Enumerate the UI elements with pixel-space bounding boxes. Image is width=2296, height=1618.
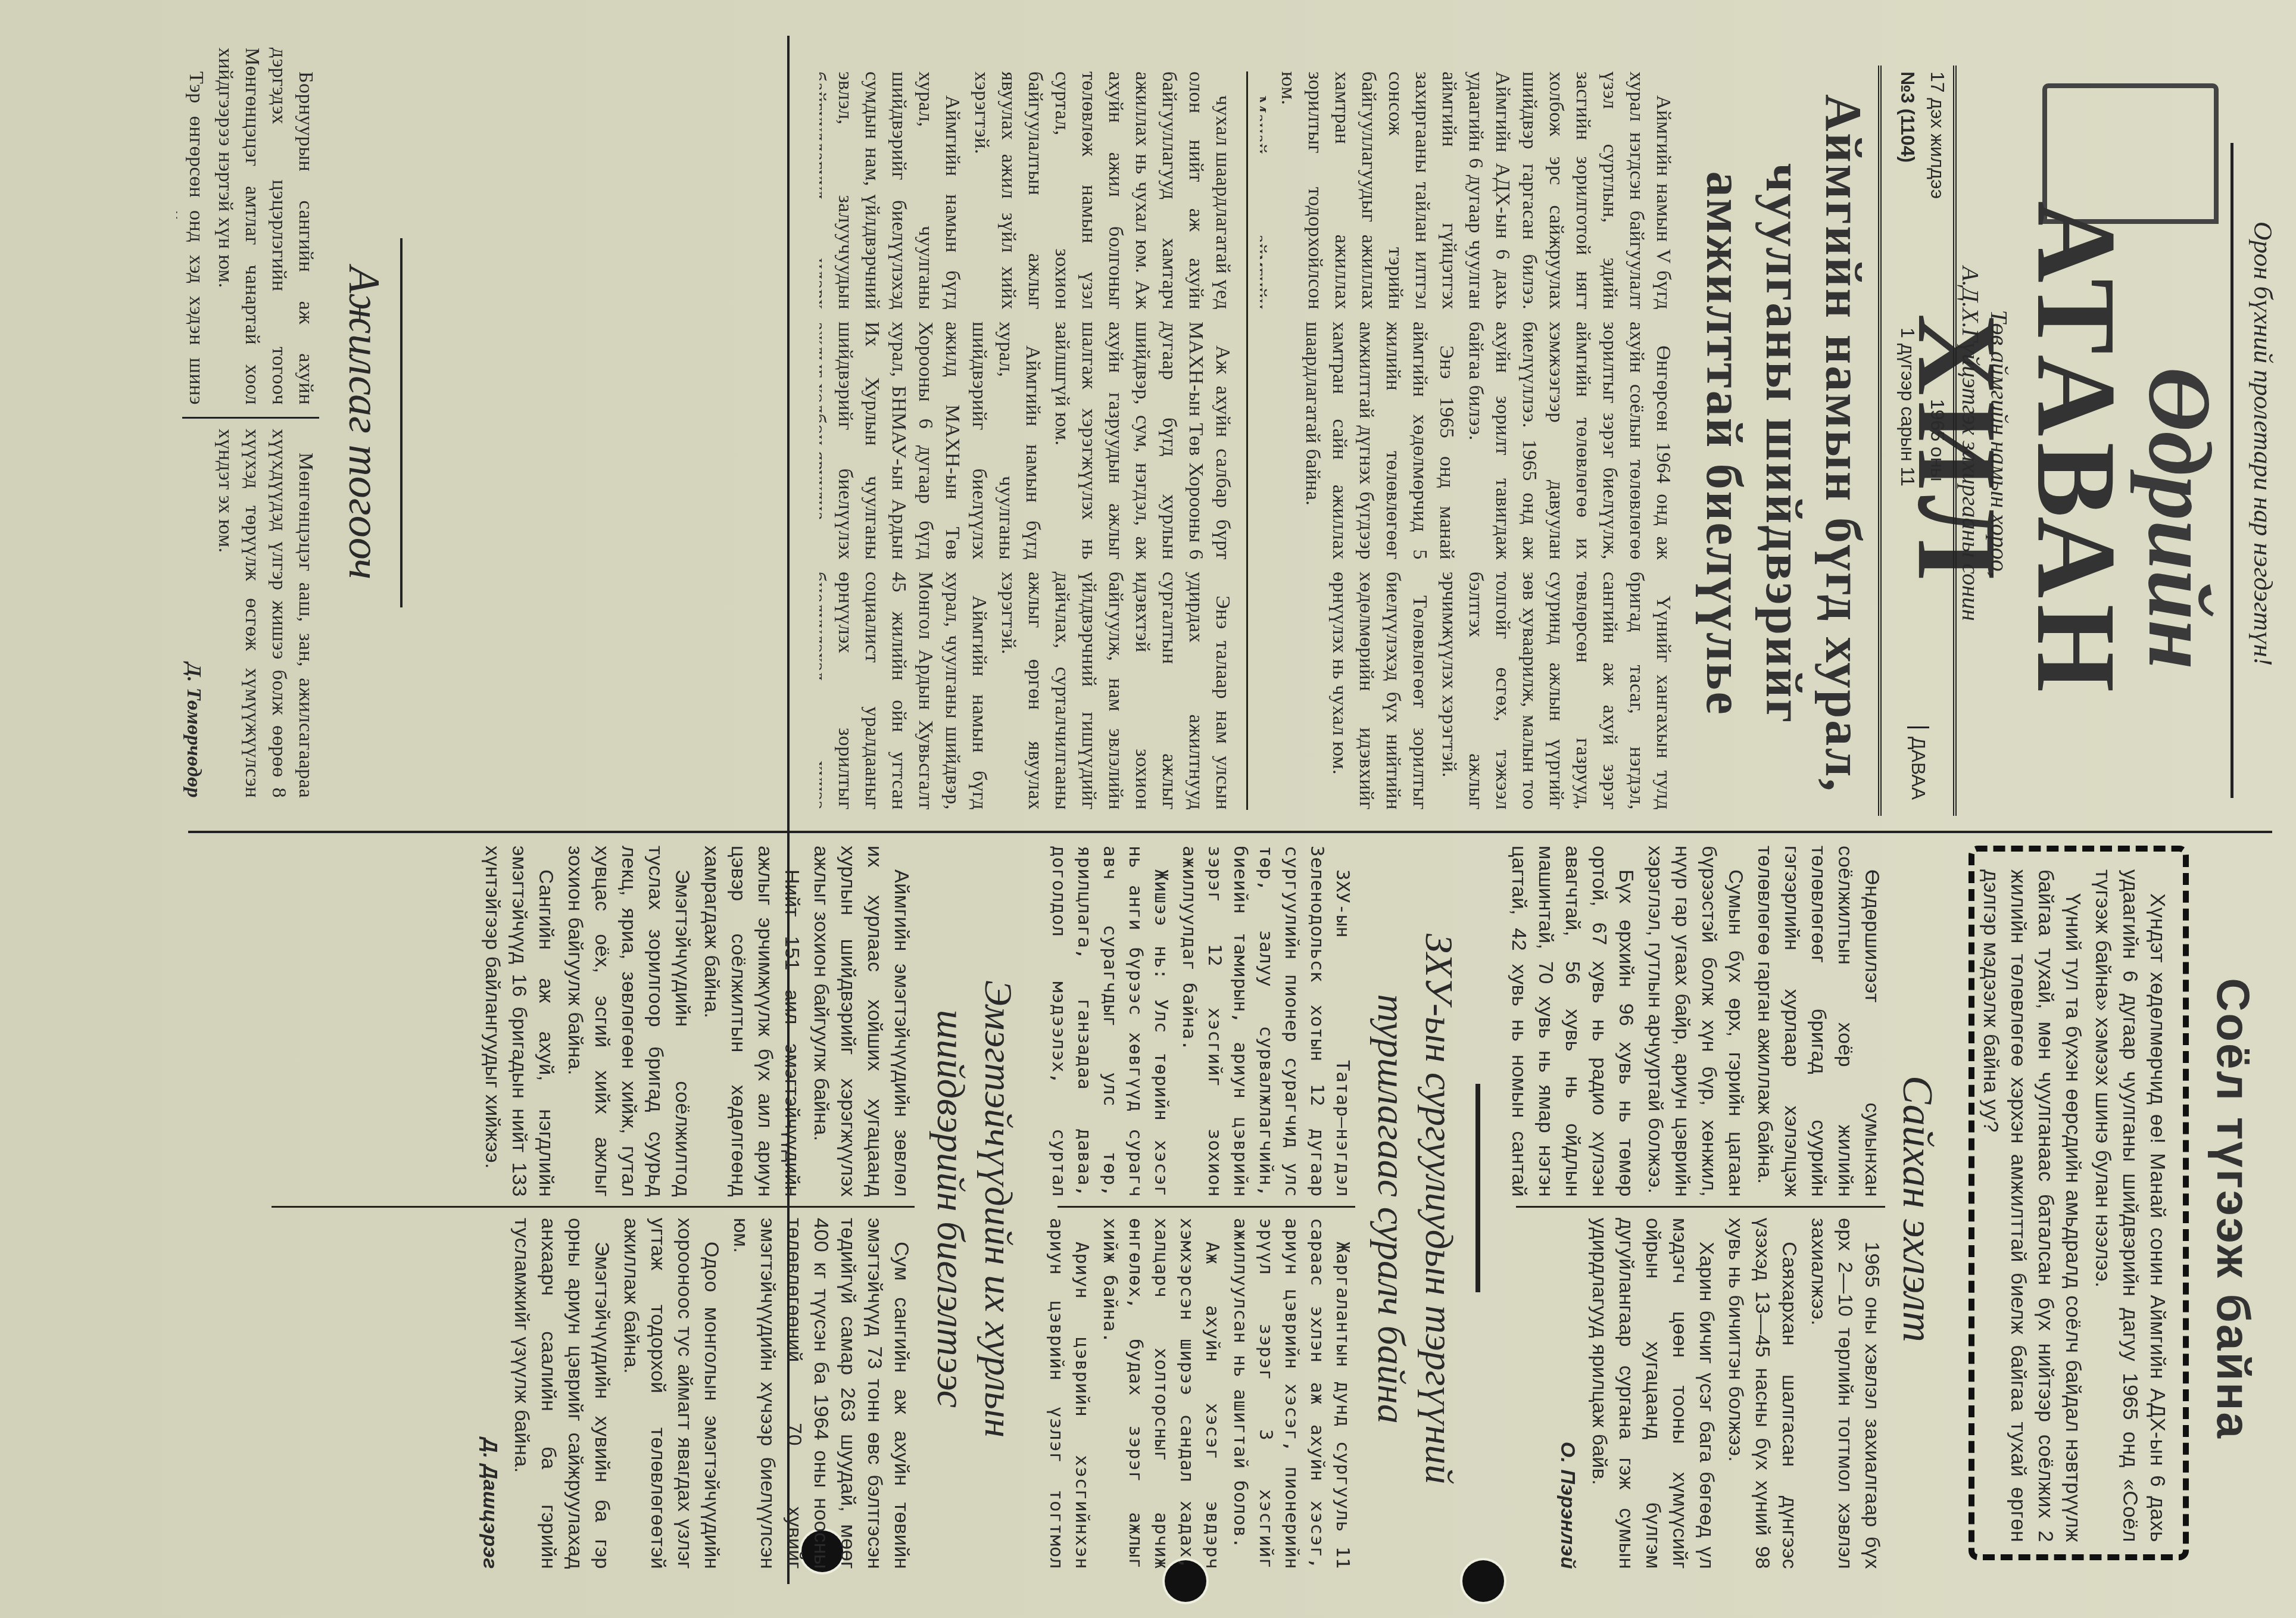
issue-year: 1965 оны bbox=[1926, 399, 1948, 482]
culture-box-paragraph: Хүндэт хөдөлмөрчид өө! Манай сонин Аймги… bbox=[2089, 869, 2171, 1542]
cook-article-block: Ажилсаг тогооч Борнуурын сангийн аж ахуй… bbox=[176, 36, 772, 810]
issue-weekday: ДАВАА bbox=[1907, 727, 1929, 800]
women-col-2: Сум сангийн аж ахуйн төвийн эмэгтэйчүүд … bbox=[260, 1218, 915, 1569]
women-signature: Д. Дашцэрэг bbox=[476, 1218, 503, 1569]
lead-col-3: Үүнийг хангахын тулд бригад тасаг, нэгдэ… bbox=[1260, 572, 1677, 810]
school-col-2: Жаргалантын дунд сургууль 11 сараас эхлэ… bbox=[1046, 1218, 1355, 1569]
school-col-rule bbox=[1057, 1206, 1355, 1208]
newspaper-page: Орон бүхний пролетари нар нэгдэгтүн! Өдр… bbox=[0, 0, 2296, 1618]
lead-col-1: Аймгийн намын V бүгд хурал нэгдсэн байгу… bbox=[1260, 71, 1677, 310]
women-col-rule bbox=[272, 1206, 915, 1208]
good-start-signature: О. Пэрэнлэй bbox=[1554, 1218, 1581, 1569]
cook-rule bbox=[400, 238, 403, 607]
lead-headline-line-3: амжилттай биелүүлье bbox=[1695, 60, 1754, 828]
lead-col-6: Энэ талаар нам улсын удирдах ажилтнууд с… bbox=[819, 572, 1236, 810]
article-separator bbox=[1475, 1084, 1480, 1292]
masthead: Орон бүхний пролетари нар нэгдэгтүн! Өдр… bbox=[1974, 71, 2284, 816]
women-title-line-1: Эмэгтэйчүүдийн их хурлын bbox=[974, 846, 1022, 1572]
women-col-1: Аймгийн эмэгтэйчүүдийн зөвлөл их хурлаас… bbox=[260, 846, 915, 1197]
school-article: ЗХУ-ын сургуулиудын тэргүүний туршлагаас… bbox=[1046, 846, 1462, 1572]
cook-col-2: Мөнгөнцэцэг ааш, зан, ажилсагаараа хүүхд… bbox=[176, 429, 319, 798]
issue-bar: 17 дэх жилдээ №3 (1104) 1965 оны 1 дүгээ… bbox=[1878, 66, 1957, 816]
good-start-col-rule bbox=[1516, 1206, 1885, 1208]
good-start-title: Сайхан эхлэлт bbox=[1891, 846, 1945, 1572]
lead-col-2: Өнгөрсөн 1964 онд аж ахуйн соёлын төлөвл… bbox=[1260, 322, 1677, 560]
good-start-col-2: 1965 оны хэвлэл захиалгаар бүх өрх 2—10 … bbox=[1504, 1218, 1885, 1569]
main-column-divider bbox=[188, 831, 2272, 833]
good-start-article: Сайхан эхлэлт Өндөршилээт сумынхан соёлж… bbox=[1492, 846, 1945, 1572]
issue-date: 1 дүгээр сарын 11 bbox=[1896, 328, 1918, 487]
lead-headline-line-1: Аймгийн намын бүгд хурал, bbox=[1814, 60, 1873, 828]
masthead-script: Өдрийн bbox=[2128, 250, 2231, 786]
school-title-line-2: туршлагаас суралч байна bbox=[1367, 846, 1415, 1572]
masthead-rule bbox=[2231, 143, 2233, 798]
publisher-line-1: Төв аймгийн намын хороо, bbox=[1985, 71, 2013, 816]
lead-row-rule bbox=[1246, 71, 1248, 810]
culture-box-container: Соёл түгээж байна Хүндэт хөдөлмөрчид өө!… bbox=[1957, 846, 2266, 1572]
publisher-line-2: А.Д.Х.Гүйцэтгэх захиргааны сонин bbox=[1956, 71, 1985, 816]
cook-col-1: Борнуурын сангийн аж ахуйн дэргэдэх цэцэ… bbox=[176, 48, 319, 405]
lead-headline: Аймгийн намын бүгд хурал, чуулганы шийдв… bbox=[1695, 60, 1873, 828]
women-article: Эмэгтэйчүүдийн их хурлын шийдвэрийн биел… bbox=[248, 846, 1022, 1572]
good-start-col-1: Өндөршилээт сумынхан соёлжилтын хоёр жил… bbox=[1504, 846, 1885, 1197]
issue-year-label: 17 дэх жилдээ bbox=[1926, 71, 1948, 199]
masthead-slogan: Орон бүхний пролетари нар нэгдэгтүн! bbox=[2248, 71, 2278, 816]
lead-col-4: чухал шаардлагатай үед олон нийт аж ахуй… bbox=[819, 71, 1236, 310]
cook-title: Ажилсаг тогооч bbox=[337, 36, 391, 810]
cook-signature: Д. Төмөрчөдөр bbox=[180, 429, 207, 798]
school-col-1: ЗХУ-ын Татар—нэгдэл Зеленодольск хотын 1… bbox=[1046, 846, 1355, 1197]
masthead-publisher: Төв аймгийн намын хороо, А.Д.Х.Гүйцэтгэх… bbox=[1956, 71, 2013, 816]
cook-col-rule bbox=[182, 417, 319, 419]
school-title-line-1: ЗХУ-ын сургуулиудын тэргүүний bbox=[1415, 846, 1462, 1572]
lead-headline-line-2: чуулганы шийдвэрийг bbox=[1754, 60, 1814, 828]
culture-box-title: Соёл түгээж байна bbox=[2206, 846, 2260, 1572]
issue-number: №3 (1104) bbox=[1896, 71, 1918, 163]
culture-box-text: Хүндэт хөдөлмөрчид өө! Манай сонин Аймги… bbox=[1974, 869, 2171, 1542]
culture-box-paragraph: Үүний тул та бүхэн өөрсдийн амьдралд соё… bbox=[1977, 869, 2086, 1542]
women-title-line-2: шийдвэрийн биелэлтээс bbox=[926, 846, 974, 1572]
lead-col-5: Аж ахуйн салбар бүрт МАХН-ын Төв Хорооны… bbox=[819, 322, 1236, 560]
